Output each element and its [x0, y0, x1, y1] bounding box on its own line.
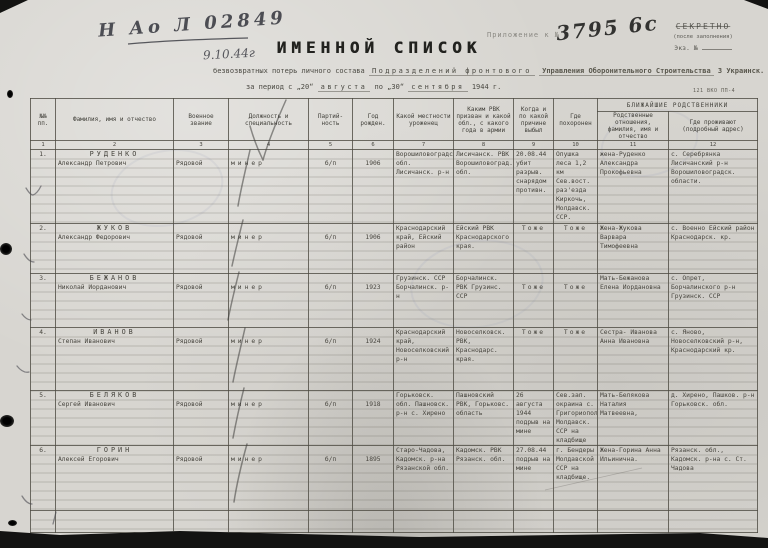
surname: ИВАНОВ — [58, 328, 171, 337]
cell-position: минер — [229, 274, 309, 328]
cell-name: ИВАНОВ Степан Иванович — [56, 328, 174, 391]
cell-birthplace: Ворошиловоградской обл. Лисичанск. р-н — [394, 150, 454, 224]
cell-burial: Опушка леса 1,2 км Сев.вост. раз'езда Ки… — [554, 150, 598, 224]
column-number-row: 12 34 56 78 910 1112 — [31, 141, 758, 150]
cell-rvk: Борчалинск. РВК Грузинс. ССР — [454, 274, 514, 328]
cell-birthplace: Горьковск. обл. Пашновск. р-н с. Хирено — [394, 391, 454, 446]
cell-relative: Жена-Жукова Варвара Тимофеевна — [598, 224, 669, 274]
col-header-birthplace: Какой местности уроженец — [394, 99, 454, 141]
binder-hole — [0, 243, 12, 255]
cell-relative: Сестра- Иванова Анна Ивановна — [598, 328, 669, 391]
cell-rank: Рядовой — [174, 446, 229, 511]
cell-party: б/п — [309, 328, 353, 391]
cell-name: БЕЛЯКОВ Сергей Иванович — [56, 391, 174, 446]
subtitle-unit: Подразделений фронтового — [369, 67, 535, 76]
cell-birthyear: 1924 — [353, 328, 394, 391]
period-mid: по „30“ — [375, 83, 405, 91]
cell-rank: Рядовой — [174, 391, 229, 446]
surname: ГОРИН — [58, 446, 171, 455]
table-row: 4. ИВАНОВ Степан Иванович Рядовой минер … — [31, 328, 758, 391]
cell-fate: 27.08.44 подрыв на мине — [514, 446, 554, 511]
cell-name: ЖУКОВ Александр Федорович — [56, 224, 174, 274]
col-header-birthyear: Год рожден. — [353, 99, 394, 141]
cell-birthyear: 1918 — [353, 391, 394, 446]
cell-position: минер — [229, 328, 309, 391]
cell-relative-address: с. Опрет, Борчалинского р-н Грузинск. СС… — [669, 274, 758, 328]
cell-birthplace: Старо-Чадова, Кадомск. р-на Рязанской об… — [394, 446, 454, 511]
cell-party: б/п — [309, 391, 353, 446]
cell-relative: Жена-Горина Анна Ильинична. — [598, 446, 669, 511]
col-header-rvk: Каким РВК призван и какой обл., с какого… — [454, 99, 514, 141]
subtitle-line2: за период с „20“ августа по „30“ сентябр… — [246, 83, 501, 91]
cell-rvk: Ейский РВК Краснодарского края. — [454, 224, 514, 274]
handwritten-registration-number: Н Ао Л 02849 — [97, 7, 287, 41]
cell-position: минер — [229, 150, 309, 224]
cell-position: минер — [229, 446, 309, 511]
surname: РУДЕНКО — [58, 150, 171, 159]
cell-fate: 20.08.44 убит разрыв. снарядом противн. — [514, 150, 554, 224]
binder-hole — [7, 90, 13, 98]
cell-rank: Рядовой — [174, 274, 229, 328]
cell-relative: Мать-Белякова Наталия Матвеевна, — [598, 391, 669, 446]
cell-birthplace: Краснодарский край, Новоселковский р-н — [394, 328, 454, 391]
col-header-number: №№ пп. — [31, 99, 56, 141]
cell-number: 4. — [31, 328, 56, 391]
surname: ЖУКОВ — [58, 224, 171, 233]
cell-burial: Сев.зап. окраина с. Григориополь Молдавс… — [554, 391, 598, 446]
given-name: Александр Федорович — [58, 233, 171, 242]
col-header-position: Должность и специальность — [229, 99, 309, 141]
surname: БЕЛЯКОВ — [58, 391, 171, 400]
given-name: Алексей Егорович — [58, 455, 171, 464]
subtitle-unit2: Управления Оборонительного Строительства — [539, 67, 714, 76]
period-month2: сентября — [408, 83, 467, 92]
cell-party: б/п — [309, 150, 353, 224]
cell-fate: 26 августа 1944 подрыв на мине — [514, 391, 554, 446]
cell-number: 2. — [31, 224, 56, 274]
cell-birthplace: Грузинск. ССР Борчалинск. р-н — [394, 274, 454, 328]
cell-name: РУДЕНКО Александр Петрович — [56, 150, 174, 224]
cell-fate: Тоже — [514, 224, 554, 274]
table-row: 5. БЕЛЯКОВ Сергей Иванович Рядовой минер… — [31, 391, 758, 446]
document-page: Н Ао Л 02849 9.10.44г Приложение к № 379… — [0, 0, 768, 548]
cell-fate: Тоже — [514, 328, 554, 391]
cell-burial: г. Бендеры Молдавской ССР на кладбище. — [554, 446, 598, 511]
period-month1: августа — [318, 83, 371, 92]
surname: БЕЖАНОВ — [58, 274, 171, 283]
cell-position: минер — [229, 224, 309, 274]
cell-relative-address: с. Военно Ейский район Краснодарск. кр. — [669, 224, 758, 274]
subtitle-line1: безвозвратных потерь личного состава Под… — [213, 67, 768, 75]
table-row: 6. ГОРИН Алексей Егорович Рядовой минер … — [31, 446, 758, 511]
cell-birthplace: Краснодарский край, Ейский район — [394, 224, 454, 274]
table-row: 2. ЖУКОВ Александр Федорович Рядовой мин… — [31, 224, 758, 274]
cell-rvk: Пашновский РВК, Горьковс. область — [454, 391, 514, 446]
col-header-burial: Где похоронен — [554, 99, 598, 141]
cell-relative: жена-Руденко Александра Прокофьевна — [598, 150, 669, 224]
cell-birthyear: 1906 — [353, 224, 394, 274]
col-header-rank: Военное звание — [174, 99, 229, 141]
cell-relative-address: д. Хирено, Пашков. р-н Горьковск. обл. — [669, 391, 758, 446]
cell-relative-address: Рязанск. обл., Кадомск. р-на с. Ст. Чадо… — [669, 446, 758, 511]
cell-birthyear: 1895 — [353, 446, 394, 511]
cell-number: 5. — [31, 391, 56, 446]
empty-row — [31, 511, 758, 533]
col-header-name: Фамилия, имя и отчество — [56, 99, 174, 141]
cell-relative: Мать-Бежанова Елена Иордановна — [598, 274, 669, 328]
cell-number: 3. — [31, 274, 56, 328]
cell-number: 1. — [31, 150, 56, 224]
cell-birthyear: 1923 — [353, 274, 394, 328]
table-row: 3. БЕЖАНОВ Николай Иорданович Рядовой ми… — [31, 274, 758, 328]
binder-hole — [0, 415, 14, 427]
table-row: 1. РУДЕНКО Александр Петрович Рядовой ми… — [31, 150, 758, 224]
cell-name: ГОРИН Алексей Егорович — [56, 446, 174, 511]
cell-rank: Рядовой — [174, 328, 229, 391]
col-header-relative: Родственные отношения, фамилия, имя и от… — [598, 112, 669, 141]
casualty-list-table: №№ пп. Фамилия, имя и отчество Военное з… — [30, 98, 758, 533]
scanned-archive-photo: { "stamps": { "handwritten_number": "Н А… — [0, 0, 768, 548]
cell-name: БЕЖАНОВ Николай Иорданович — [56, 274, 174, 328]
given-name: Сергей Иванович — [58, 400, 171, 409]
cell-rvk: Кадомск. РВК Рязанск. обл. — [454, 446, 514, 511]
cell-relative-address: с. Яново, Новоселковский р-н, Краснодарс… — [669, 328, 758, 391]
col-header-party: Партий- ность — [309, 99, 353, 141]
cell-fate: Тоже — [514, 274, 554, 328]
cell-rvk: Новоселковск. РВК, Краснодарс. края. — [454, 328, 514, 391]
cell-party: б/п — [309, 446, 353, 511]
cell-rank: Рядовой — [174, 224, 229, 274]
cell-burial: Тоже — [554, 224, 598, 274]
secret-label: СЕКРЕТНО — [648, 22, 758, 31]
cell-burial: Тоже — [554, 328, 598, 391]
cell-rank: Рядовой — [174, 150, 229, 224]
form-reference-note: 121 ВКО ПП-4 — [693, 88, 735, 94]
edge-smudge — [8, 520, 17, 526]
period-prefix: за период с „20“ — [246, 83, 313, 91]
given-name: Степан Иванович — [58, 337, 171, 346]
cell-birthyear: 1906 — [353, 150, 394, 224]
page-title: ИМЕННОЙ СПИСОК — [0, 38, 758, 57]
cell-party: б/п — [309, 274, 353, 328]
given-name: Александр Петрович — [58, 159, 171, 168]
cell-position: минер — [229, 391, 309, 446]
subtitle-prefix: безвозвратных потерь личного состава — [213, 67, 365, 75]
given-name: Николай Иорданович — [58, 283, 171, 292]
period-year: 1944 г. — [472, 83, 502, 91]
cell-party: б/п — [309, 224, 353, 274]
cell-number: 6. — [31, 446, 56, 511]
col-header-fate: Когда и по какой причине выбыл — [514, 99, 554, 141]
cell-relative-address: с. Серебрянка Лисичанский р-н Ворошилово… — [669, 150, 758, 224]
cell-rvk: Лисичанск. РВК Ворошиловоград. обл. — [454, 150, 514, 224]
col-group-relatives: БЛИЖАЙШИЕ РОДСТВЕННИКИ — [598, 99, 758, 112]
cell-burial: Тоже — [554, 274, 598, 328]
col-header-relative-address: Где проживают (подробный адрес) — [669, 112, 758, 141]
subtitle-front: 3 Украинск. фронта — [718, 67, 768, 75]
